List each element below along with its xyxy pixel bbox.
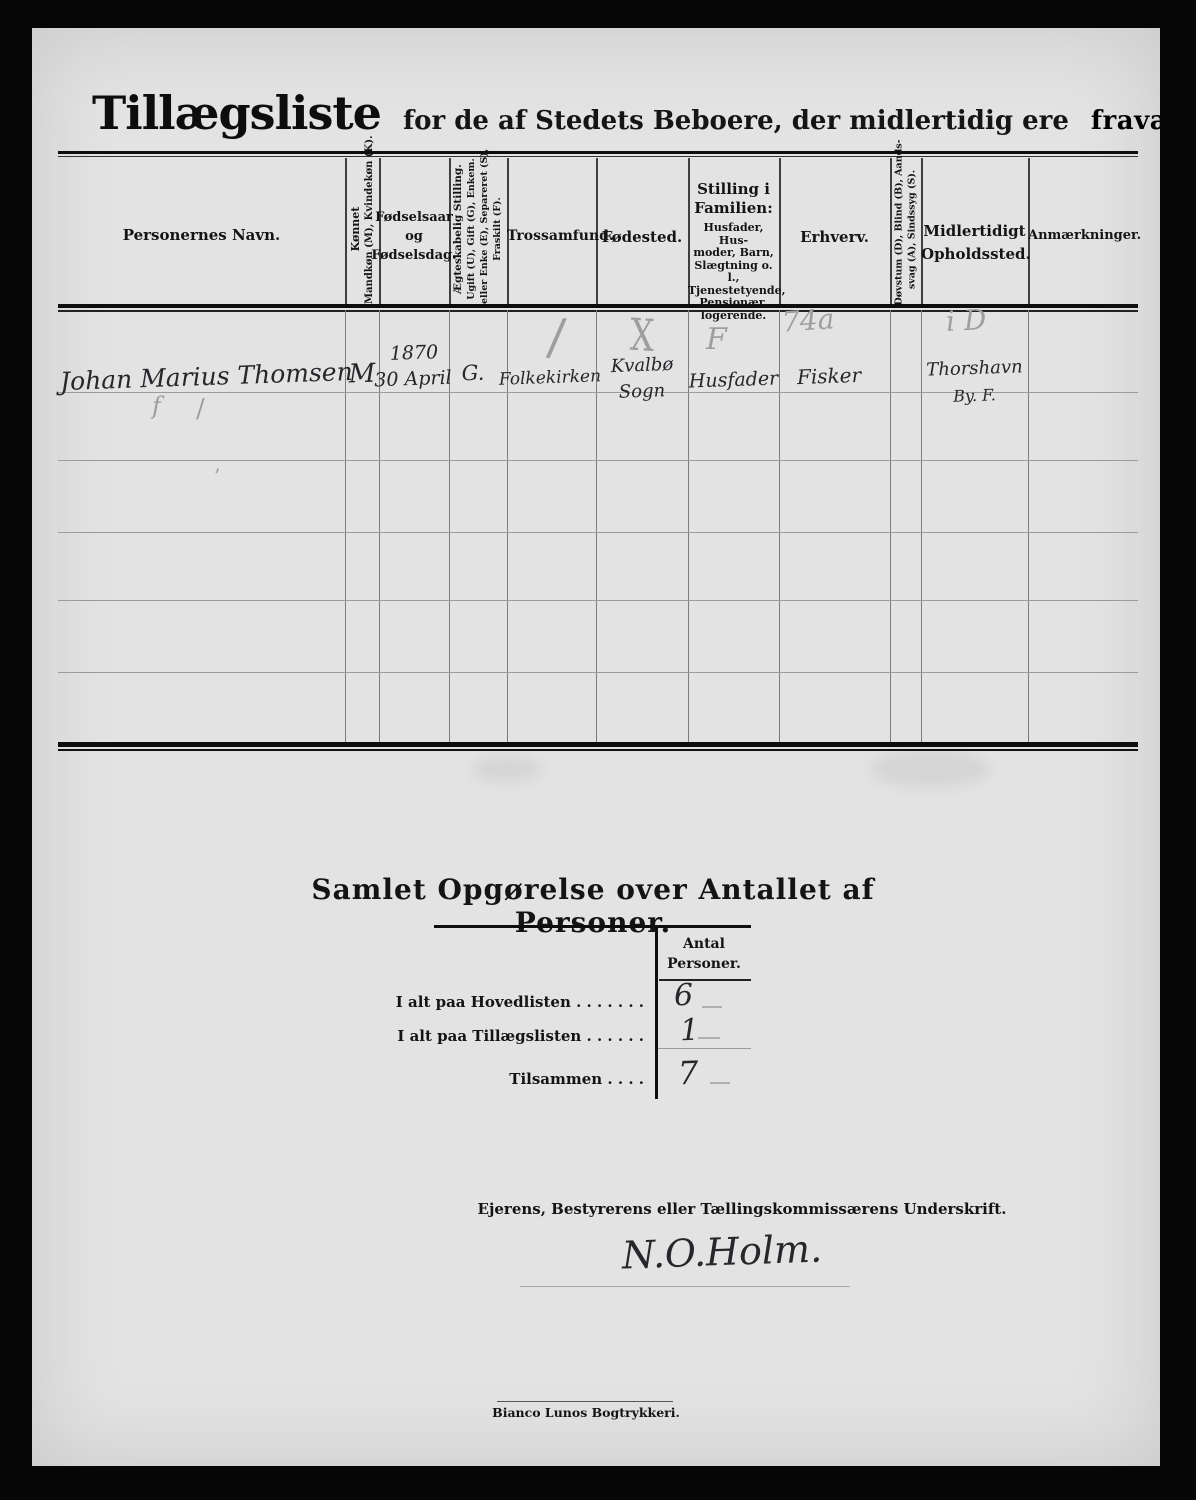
header-remarks: Anmærkninger. <box>1028 228 1138 243</box>
pencil-birthplace-mark: X <box>629 309 655 363</box>
header-family-sub-line5: Pensionær, <box>688 297 779 310</box>
entry-family: Husfader <box>688 367 780 392</box>
scan-smudge <box>870 750 990 788</box>
header-family-title-line2: Familien: <box>688 199 779 218</box>
pencil-dash <box>698 1037 720 1039</box>
header-family-title: Stilling i Familien: <box>688 180 779 218</box>
row-line <box>58 672 1138 673</box>
header-birth-line3: Fødselsdag. <box>369 246 459 265</box>
page-title-main: Tillægsliste <box>92 86 381 140</box>
pencil-religion-mark: / <box>545 307 568 366</box>
summary-row-value: 1 <box>679 1013 699 1049</box>
table-top-rule <box>58 151 1138 154</box>
pencil-name-mark-b: / <box>196 394 205 424</box>
entry-birthplace-line2: Sogn <box>596 379 689 403</box>
header-birth: Fødselsaar og Fødselsdag. <box>369 208 459 265</box>
page-title-subtitle-bold: fraværende. <box>1091 106 1160 136</box>
entry-religion: Folkekirken <box>498 366 603 390</box>
header-disability-line1: Døvstum (D), Blind (B), Aands- <box>892 154 905 306</box>
summary-row-label: I alt paa Tillægslisten . . . . . . <box>292 1027 644 1045</box>
header-birthplace: Fødested. <box>596 228 688 246</box>
header-marital-line1: Ægteskabelig Stilling. <box>452 154 465 304</box>
paper-sheet: Tillægsliste for de af Stedets Beboere, … <box>32 28 1160 1466</box>
header-family-sub-line3: Slægtning o. l., <box>688 260 779 285</box>
summary-col-header-line1: Antal <box>656 936 752 952</box>
table-top-rule-thin <box>58 156 1138 157</box>
entry-name: Johan Marius Thomsen <box>60 357 354 396</box>
header-occupation: Erhverv. <box>779 228 890 246</box>
header-religion: Trossamfund. <box>507 228 596 244</box>
header-disability-line2: svag (A), Sindssyg (S). <box>905 154 918 306</box>
page-title: Tillægsliste for de af Stedets Beboere, … <box>92 86 1160 140</box>
scanned-census-page: { "document": { "title": "Tillægsliste",… <box>0 0 1196 1500</box>
header-birth-line2: og <box>369 227 459 246</box>
entry-birth-day: 30 April <box>370 367 457 392</box>
footer-printer: Bianco Lunos Bogtrykkeri. <box>486 1405 686 1420</box>
row-line <box>58 532 1138 533</box>
header-marital-line3: eller Enke (E), Separeret (S), <box>478 154 491 304</box>
pencil-dash <box>710 1082 730 1084</box>
scan-smudge <box>472 756 542 782</box>
header-disability: Døvstum (D), Blind (B), Aands- svag (A),… <box>890 154 921 306</box>
pencil-residence-mark: i D <box>945 303 987 338</box>
header-marital: Ægteskabelig Stilling. Ugift (U), Gift (… <box>449 154 507 304</box>
column-divider <box>890 310 891 742</box>
summary-row-value: 6 <box>673 978 693 1014</box>
row-line <box>58 460 1138 461</box>
summary-vertical-rule <box>655 927 658 1099</box>
entry-occupation: Fisker <box>779 362 880 389</box>
pencil-stray-mark: ’ <box>214 464 220 488</box>
header-family-sub: Husfader, Hus- moder, Barn, Slægtning o.… <box>688 222 779 322</box>
signature-label: Ejerens, Bestyrerens eller Tællingskommi… <box>442 1200 1042 1218</box>
header-residence: Midlertidigt Opholdssted. <box>921 220 1028 266</box>
table-bottom-rule <box>58 742 1138 747</box>
pencil-dash <box>702 1006 722 1008</box>
pencil-name-mark-a: f <box>152 392 161 420</box>
summary-row-value: 7 <box>677 1054 699 1093</box>
summary-col-header-line2: Personer. <box>656 956 752 972</box>
header-family-sub-line6: logerende. <box>688 310 779 323</box>
pencil-family-mark: F <box>706 322 727 357</box>
header-sex-line1: Kønnet <box>348 154 363 304</box>
entry-birth-year: 1870 <box>379 341 450 365</box>
summary-row-label: Tilsammen . . . . <box>292 1070 644 1088</box>
entry-residence-line1: Thorshavn <box>921 356 1029 381</box>
summary-title: Samlet Opgørelse over Antallet af Person… <box>293 873 893 939</box>
summary-top-rule <box>434 925 751 928</box>
page-title-subtitle: for de af Stedets Beboere, der midlertid… <box>403 106 1069 136</box>
entry-residence-line2: By. F. <box>921 384 1029 407</box>
signature-line <box>520 1286 850 1287</box>
header-family-title-line1: Stilling i <box>688 180 779 199</box>
header-family-sub-line2: moder, Barn, <box>688 247 779 260</box>
footer-rule <box>497 1401 673 1402</box>
header-birth-line1: Fødselsaar <box>369 208 459 227</box>
signature-value: N.O.Holm. <box>591 1225 852 1278</box>
summary-divider-line <box>658 1048 751 1049</box>
header-marital-line4: Fraskilt (F). <box>491 154 504 304</box>
summary-row-label: I alt paa Hovedlisten . . . . . . . <box>292 993 644 1011</box>
row-line <box>58 600 1138 601</box>
header-residence-line1: Midlertidigt <box>921 220 1028 243</box>
pencil-occupation-mark: 74a <box>781 302 836 339</box>
table-bottom-rule-thin <box>58 749 1138 751</box>
header-family-sub-line1: Husfader, Hus- <box>688 222 779 247</box>
header-marital-line2: Ugift (U), Gift (G), Enkem. <box>465 154 478 304</box>
entry-marital: G. <box>449 360 498 386</box>
header-residence-line2: Opholdssted. <box>921 243 1028 266</box>
header-name: Personernes Navn. <box>58 226 345 244</box>
